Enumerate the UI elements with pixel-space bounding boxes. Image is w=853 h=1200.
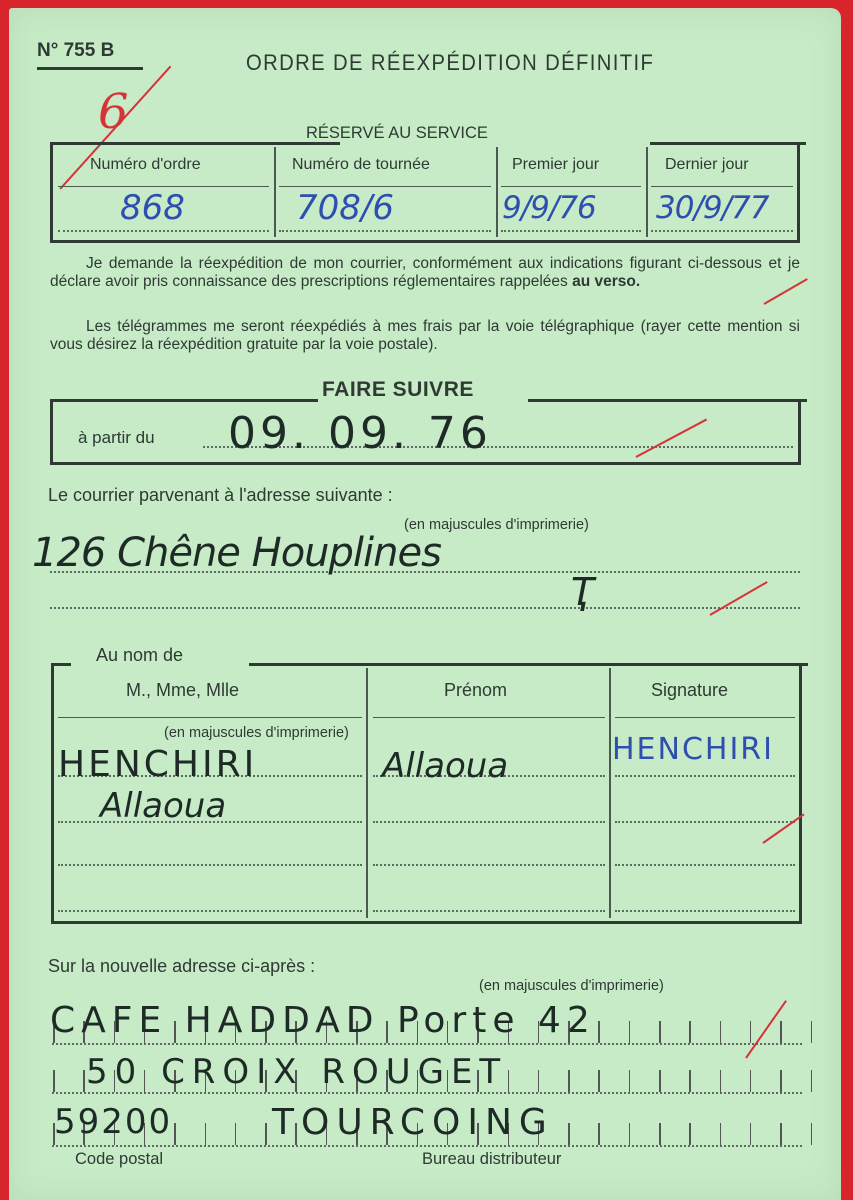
cell-tick <box>598 1070 600 1092</box>
field-line <box>615 910 795 912</box>
rule <box>58 186 269 187</box>
cell-tick <box>205 1123 207 1145</box>
declaration-text: Je demande la réexpédition de mon courri… <box>50 255 800 290</box>
cell-tick <box>568 1123 570 1145</box>
form-number: N° 755 B <box>37 40 114 62</box>
field-line <box>58 230 269 232</box>
field-line <box>52 1092 802 1094</box>
service-section-label: RÉSERVÉ AU SERVICE <box>306 124 488 143</box>
field-line <box>58 864 362 866</box>
divider <box>646 147 648 237</box>
field-line <box>58 910 362 912</box>
declaration-bold-text: au verso. <box>572 273 640 290</box>
cell-tick <box>568 1070 570 1092</box>
rule <box>651 186 793 187</box>
rule <box>615 717 795 718</box>
new-address-label: Sur la nouvelle adresse ci-après : <box>48 956 315 977</box>
divider <box>496 147 498 237</box>
field-line <box>615 775 795 777</box>
cell-tick <box>689 1021 691 1043</box>
cell-tick <box>538 1070 540 1092</box>
red-annotation: 6 <box>98 84 129 140</box>
last-day-field[interactable]: 30/9/77 <box>656 190 769 226</box>
declaration-paragraph: Je demande la réexpédition de mon courri… <box>50 255 800 291</box>
new-address-line-1-field[interactable]: CAFE HADDAD Porte 42 <box>50 1000 596 1041</box>
telegram-paragraph: Les télégrammes me seront réexpédiés à m… <box>50 318 800 354</box>
city-field[interactable]: TOURCOING <box>272 1102 554 1143</box>
cell-tick <box>750 1123 752 1145</box>
field-line <box>651 230 793 232</box>
rule <box>58 717 362 718</box>
cell-tick <box>689 1070 691 1092</box>
divider <box>609 668 611 918</box>
initials-mark: Ҭ <box>570 570 593 614</box>
surname-field[interactable]: HENCHIRI <box>58 744 257 785</box>
new-address-line-2-field[interactable]: 50 CROIX ROUGET <box>86 1052 507 1092</box>
cell-tick <box>720 1123 722 1145</box>
surname-field-line-2[interactable]: Allaoua <box>100 786 226 826</box>
cell-tick <box>83 1070 85 1092</box>
postal-code-label: Code postal <box>75 1150 163 1169</box>
cell-tick <box>750 1070 752 1092</box>
cell-tick <box>265 1123 267 1145</box>
cell-tick <box>780 1070 782 1092</box>
route-number-field[interactable]: 708/6 <box>296 188 394 228</box>
form-number-underline <box>37 67 143 70</box>
old-address-field[interactable]: 126 Chêne Houplines <box>32 530 441 576</box>
signature-field[interactable]: HENCHIRI <box>612 732 774 767</box>
cell-tick <box>750 1021 752 1043</box>
rule <box>501 186 641 187</box>
col-header-firstname: Prénom <box>444 680 507 701</box>
col-header-route-number: Numéro de tournée <box>292 156 430 174</box>
field-line <box>501 230 641 232</box>
cell-tick <box>659 1070 661 1092</box>
cell-tick <box>53 1070 55 1092</box>
form-title: ORDRE DE RÉEXPÉDITION DÉFINITIF <box>246 50 654 76</box>
cell-tick <box>508 1070 510 1092</box>
cell-tick <box>811 1123 813 1145</box>
divider <box>366 668 368 918</box>
field-line <box>373 910 605 912</box>
from-date-field[interactable]: 09. 09. 76 <box>228 408 492 459</box>
name-hint: (en majuscules d'imprimerie) <box>164 725 349 741</box>
cell-tick <box>629 1070 631 1092</box>
col-header-first-day: Premier jour <box>512 156 599 174</box>
firstname-field[interactable]: Allaoua <box>382 746 508 786</box>
old-address-line-2 <box>50 607 800 609</box>
col-header-order-number: Numéro d'ordre <box>90 156 201 174</box>
col-header-title: M., Mme, Mlle <box>126 680 239 701</box>
rule <box>373 717 605 718</box>
col-header-last-day: Dernier jour <box>665 156 749 174</box>
field-line <box>279 230 491 232</box>
cell-tick <box>811 1070 813 1092</box>
field-line <box>615 864 795 866</box>
cell-tick <box>629 1123 631 1145</box>
divider <box>274 147 276 237</box>
cell-tick <box>598 1021 600 1043</box>
cell-tick <box>720 1070 722 1092</box>
cell-tick <box>629 1021 631 1043</box>
cell-tick <box>659 1123 661 1145</box>
cell-tick <box>720 1021 722 1043</box>
rule <box>279 186 491 187</box>
cell-tick <box>659 1021 661 1043</box>
bureau-label: Bureau distributeur <box>422 1150 561 1169</box>
cell-tick <box>780 1021 782 1043</box>
field-line <box>615 821 795 823</box>
cell-tick <box>174 1123 176 1145</box>
cell-tick <box>598 1123 600 1145</box>
field-line <box>52 1043 802 1045</box>
cell-tick <box>780 1123 782 1145</box>
from-date-label: à partir du <box>78 428 155 448</box>
cell-tick <box>689 1123 691 1145</box>
order-number-field[interactable]: 868 <box>120 188 185 228</box>
old-address-label: Le courrier parvenant à l'adresse suivan… <box>48 485 393 506</box>
postal-code-field[interactable]: 59200 <box>54 1102 172 1142</box>
field-line <box>52 1145 802 1147</box>
cell-tick <box>235 1123 237 1145</box>
new-address-hint: (en majuscules d'imprimerie) <box>479 978 664 994</box>
field-line <box>373 821 605 823</box>
first-day-field[interactable]: 9/9/76 <box>502 190 596 226</box>
cell-tick <box>811 1021 813 1043</box>
field-line <box>373 864 605 866</box>
col-header-signature: Signature <box>651 680 728 701</box>
